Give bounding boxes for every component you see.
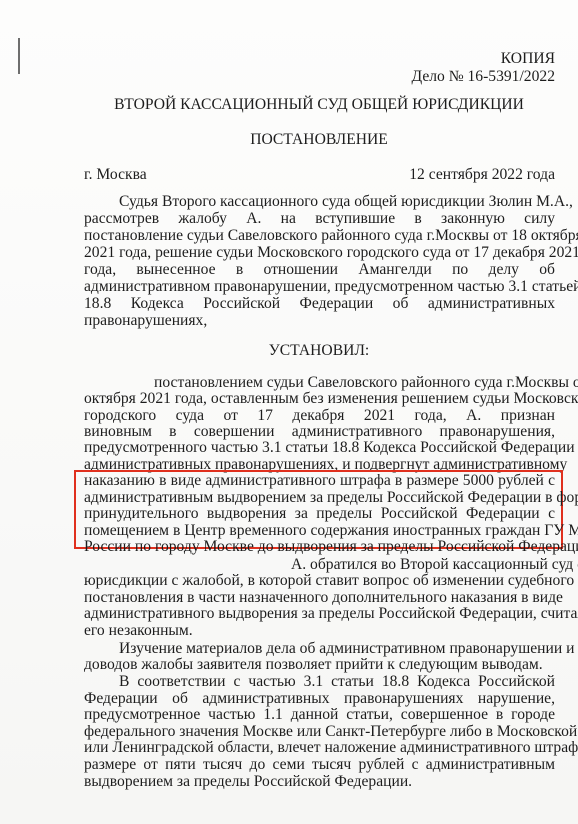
text-line: Судья Второго кассационного суда общей ю… (84, 193, 555, 210)
city: г. Москва (84, 166, 147, 183)
text-line: выдворением за пределы Российской Федера… (84, 773, 555, 790)
text-line: наказанию в виде административного штраф… (84, 472, 555, 489)
text-line: В соответствии с частью 3.1 статьи 18.8 … (84, 673, 555, 690)
text-line: постановлением судьи Савеловского районн… (84, 374, 555, 391)
text-line: принудительного выдворения за пределы Ро… (84, 505, 555, 522)
text-line: его незаконным. (84, 622, 555, 639)
text-line: административного выдворения за пределы … (84, 605, 555, 622)
text-line: предусмотренного частью 3.1 статьи 18.8 … (84, 439, 555, 456)
text-line: постановление судьи Савеловского районно… (84, 227, 555, 244)
text-line: правонарушениях, (84, 312, 555, 329)
text-line: 2021 года, решение судьи Московского гор… (84, 244, 555, 261)
text-line: Изучение материалов дела об администрати… (84, 640, 555, 657)
text-line: постановления в части назначенного допол… (84, 589, 555, 606)
text-line: федерального значения Москве или Санкт-П… (84, 723, 555, 740)
text-line: административным выдворением за пределы … (84, 489, 555, 506)
text-line: городского суда от 17 декабря 2021 года,… (84, 407, 555, 424)
text-line: юрисдикции с жалобой, в которой ставит в… (84, 572, 555, 589)
text-line: размере от пяти тысяч до семи тысяч рубл… (84, 756, 555, 773)
text-line: доводов жалобы заявителя позволяет прийт… (84, 656, 555, 673)
document-page: КОПИЯ Дело № 16-5391/2022 ВТОРОЙ КАССАЦИ… (0, 0, 578, 824)
text-line: или Ленинградской области, влечет наложе… (84, 739, 555, 756)
date: 12 сентября 2022 года (409, 166, 555, 183)
place-date-row: г. Москва 12 сентября 2022 года (84, 166, 555, 183)
copy-mark: КОПИЯ (84, 50, 555, 67)
court-name: ВТОРОЙ КАССАЦИОННЫЙ СУД ОБЩЕЙ ЮРИСДИКЦИИ (60, 96, 578, 113)
text-line: октября 2021 года, оставленным без измен… (84, 390, 555, 407)
text-line: года, вынесенное в отношении Амангелди п… (84, 261, 555, 278)
text-line: Федерации об административных правонаруш… (84, 690, 555, 707)
text-line: 18.8 Кодекса Российской Федерации об адм… (84, 295, 555, 312)
text-line: России по городу Москве до выдворения за… (84, 538, 555, 555)
scan-edge-mark (18, 38, 20, 74)
text-line: виновным в совершении административного … (84, 423, 555, 440)
text-line: А. обратился во Второй кассационный суд … (84, 556, 555, 573)
section-heading: УСТАНОВИЛ: (60, 342, 578, 359)
text-line: предусмотренное частью 1.1 данной статьи… (84, 706, 555, 723)
text-line: административном правонарушении, предусм… (84, 278, 555, 295)
text-line: помещением в Центр временного содержания… (84, 522, 555, 539)
case-number: Дело № 16-5391/2022 (84, 68, 555, 85)
document-type: ПОСТАНОВЛЕНИЕ (60, 131, 578, 148)
text-line: рассмотрев жалобу А. на вступившие в зак… (84, 210, 555, 227)
